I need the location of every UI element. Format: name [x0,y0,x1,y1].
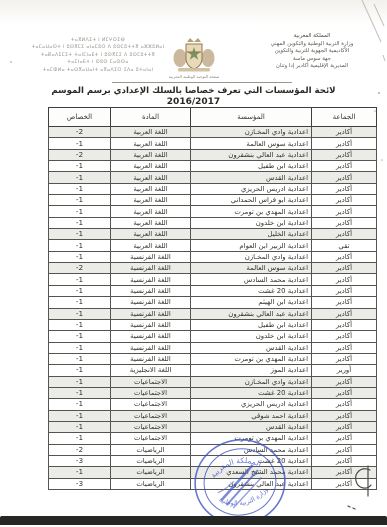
cell-subject: الاجتماعيات [111,433,191,444]
tifinagh-line: ⵜⴰⴽⴰⴷⵉⵎⵉⵜ ⵜⴰⵏⵎⵏⴰⴹⵜ ⵏ ⵓⵙⴳⵎⵉ ⴷ ⵓⵙⵎⵓⵜⵜⴳ [22,52,174,59]
svg-text:المملكة المغربية: المملكة المغربية [206,451,264,481]
cell-deficit: -1 [49,319,111,330]
cell-subject: اللغة الانجليزية [111,365,191,376]
cell-commune: أكادير [312,342,377,353]
cell-deficit: -1 [49,161,111,172]
table-row: أكاديراعدادية ادريس الحريزياللغة العربية… [49,183,377,194]
table-row: أكاديراعدادية 20 غشتالاجتماعيات-1 [49,387,377,398]
cell-deficit: -1 [49,308,111,319]
cell-subject: اللغة الفرنسية [111,285,191,296]
cell-commune: أكادير [312,217,377,228]
column-header-deficit: الخصاص [49,108,111,127]
tifinagh-line: ⵜⴰⵎⴰⵡⴰⵙⵜ ⵏ ⵓⵙⴳⵎⵉ ⴰⵏⴰⵎⵓⵔ ⴷ ⵓⵙⵎⵓⵜⵜⴳ ⴰⵣⵣⵓⵍⴰ… [22,44,174,51]
cell-subject: اللغة العربية [111,195,191,206]
cell-commune: أكادير [312,319,377,330]
cell-subject: اللغة الفرنسية [111,251,191,262]
table-row: أكاديراعدادية وادي المخـازنالاجتماعيات-1 [49,376,377,387]
page-title: لائحة المؤسسات التي تعرف خصاصا بالسلك ال… [0,86,387,96]
cell-commune: أكادير [312,138,377,149]
cell-school: اعدادية 20 غشت [191,285,312,296]
cell-deficit: -2 [49,127,111,138]
cell-commune: أكادير [312,433,377,444]
cell-school: اعدادية ادريس الحريزي [191,399,312,410]
cell-school: اعدادية ابن خلدون [191,217,312,228]
cell-commune: أكادير [312,161,377,172]
cell-school: اعدادية سوس العالمة [191,263,312,274]
column-header-commune: الجماعة [312,108,377,127]
table-row: أكاديراعدادية المهدي بن تومرتاللغة العرب… [49,206,377,217]
cell-subject: الاجتماعيات [111,421,191,432]
cell-commune: أكادير [312,195,377,206]
cell-subject: اللغة العربية [111,206,191,217]
cell-school: اعدادية ادريس الحريزي [191,183,312,194]
cell-school: اعدادية 20 غشت [191,387,312,398]
cell-subject: اللغة العربية [111,240,191,251]
cell-subject: اللغة العربية [111,138,191,149]
table-row: أكاديراعدادية الخليلاللغة العربية-1 [49,229,377,240]
cell-subject: الرياضيات [111,444,191,455]
table-row: أكاديراعدادية المهدي بن تومرتاللغة الفرن… [49,353,377,364]
cell-subject: اللغة العربية [111,183,191,194]
cell-deficit: -1 [49,433,111,444]
cell-school: اعدادية سوس العالمة [191,138,312,149]
cell-school: اعدادية الموز [191,365,312,376]
cell-school: اعدادية محمد السادس [191,274,312,285]
table-row: أكاديراعدادية سوس العالمةاللغة العربية-1 [49,138,377,149]
cell-school: اعدادية المهدي بن تومرت [191,206,312,217]
table-row: أكاديراعدادية ابن خلدوناللغة العربية-1 [49,217,377,228]
cell-commune: أكادير [312,353,377,364]
tifinagh-line: ⵜⴰⵎⵏⴰⴹⵜ ⵏ ⵙⵓⵙ ⵎⴰⵙⵙⴰ [22,59,174,66]
cell-subject: اللغة العربية [111,217,191,228]
table-header-row: الجماعة المؤسسة المادة الخصاص [49,108,377,127]
cell-school: اعدادية عبد العالي بنشقرون [191,149,312,160]
cell-deficit: -1 [49,376,111,387]
cell-deficit: -1 [49,342,111,353]
cell-commune: أكادير [312,206,377,217]
cell-deficit: -1 [49,421,111,432]
cell-commune: أورير [312,365,377,376]
cell-school: اعدادية وادي المخـازن [191,376,312,387]
cell-deficit: -1 [49,195,111,206]
cell-subject: اللغة الفرنسية [111,319,191,330]
cell-school: اعدادية ابن خلدون [191,331,312,342]
cell-subject: اللغة الفرنسية [111,308,191,319]
table-row: أكاديراعدادية محمد السادساللغة الفرنسية-… [49,274,377,285]
cell-subject: اللغة الفرنسية [111,331,191,342]
logo-caption: صفحة التوجيه الوطنية المغربية [140,74,248,79]
cell-school: اعدادية الزبير ابن العوام [191,240,312,251]
cell-deficit: -1 [49,365,111,376]
cell-school: اعدادية وادي المخـازن [191,127,312,138]
cell-commune: أكادير [312,251,377,262]
cell-deficit: -1 [49,138,111,149]
header-tifinagh-block: ⵜⴰⴳⵍⴷⵉⵜ ⵏ ⵍⵎⵖⵔⵉⴱ ⵜⴰⵎⴰⵡⴰⵙⵜ ⵏ ⵓⵙⴳⵎⵉ ⴰⵏⴰⵎⵓⵔ… [22,37,174,74]
cell-deficit: -3 [49,478,111,489]
cell-deficit: -2 [49,149,111,160]
table-row: تقياعدادية الزبير ابن العواماللغة العربي… [49,240,377,251]
official-stamp: المملكة المغربية وزارة التربية الوطنية [188,434,292,527]
table-row: أكاديراعدادية عبد العالي بنشقروناللغة ال… [49,149,377,160]
cell-subject: اللغة الفرنسية [111,263,191,274]
cell-subject: اللغة العربية [111,161,191,172]
cell-school: اعدادية المهدي بن تومرت [191,353,312,364]
table-row: أكاديراعدادية القدساللغة الفرنسية-1 [49,342,377,353]
cell-deficit: -1 [49,331,111,342]
cell-deficit: -1 [49,297,111,308]
signature-mark [340,462,384,514]
cell-subject: اللغة الفرنسية [111,297,191,308]
table-row: أكاديراعدادية القدساللغة العربية-1 [49,172,377,183]
cell-commune: أكادير [312,263,377,274]
cell-subject: اللغة العربية [111,127,191,138]
cell-deficit: -1 [49,387,111,398]
cell-school: اعدادية ابن طفيل [191,319,312,330]
morocco-coat-of-arms-logo [170,36,218,74]
header-ministry-block: المملكة المغربية وزارة التربية الوطنية و… [243,33,381,71]
cell-school: اعدادية الخليل [191,229,312,240]
cell-commune: أكادير [312,387,377,398]
cell-deficit: -1 [49,467,111,478]
table-row: أكاديراعدادية القدسالاجتماعيات-1 [49,421,377,432]
ministry-line: المديرية الإقليمية أكادير إدا وتنان [243,63,381,71]
cell-commune: أكادير [312,149,377,160]
cell-commune: أكادير [312,127,377,138]
cell-subject: اللغة العربية [111,149,191,160]
tifinagh-line: ⵜⴰⵎⵀⵍⴰ ⵜⴰⵙⴳⴰⵡⴰⵏⵜ ⴰⴳⴰⴷⵉⵔ ⵉⴷⴰ ⵓⵜⴰⵏⴰⵏ [22,67,174,74]
cell-school: اعدادية ابن الهيثم [191,297,312,308]
cell-subject: الاجتماعيات [111,410,191,421]
table-row: أكاديراعدادية ابن طفيلاللغة العربية-1 [49,161,377,172]
table-row: أكاديراعدادية ابو فراس الحمدانياللغة الع… [49,195,377,206]
cell-subject: الرياضيات [111,455,191,466]
cell-school: اعدادية احمد شوقي [191,410,312,421]
cell-deficit: -1 [49,274,111,285]
cell-commune: أكادير [312,308,377,319]
cell-commune: أكادير [312,297,377,308]
table-row: أكاديراعدادية وادي المخـازناللغة العربية… [49,127,377,138]
table-row: أكاديراعدادية احمد شوقيالاجتماعيات-1 [49,410,377,421]
cell-subject: اللغة الفرنسية [111,353,191,364]
cell-school: اعدادية القدس [191,172,312,183]
cell-deficit: -2 [49,444,111,455]
cell-commune: أكادير [312,274,377,285]
cell-subject: الاجتماعيات [111,399,191,410]
header-divider [112,82,292,83]
cell-commune: أكادير [312,331,377,342]
cell-school: اعدادية ابو فراس الحمداني [191,195,312,206]
tifinagh-line: ⵜⴰⴳⵍⴷⵉⵜ ⵏ ⵍⵎⵖⵔⵉⴱ [22,37,174,44]
cell-deficit: -1 [49,285,111,296]
cell-deficit: -2 [49,263,111,274]
cell-commune: أكادير [312,376,377,387]
cell-commune: أكادير [312,183,377,194]
table-row: أكاديراعدادية ابن الهيثماللغة الفرنسية-1 [49,297,377,308]
page-title-season: 2016/2017 [0,97,387,107]
table-row: أوريراعدادية الموزاللغة الانجليزية-1 [49,365,377,376]
cell-deficit: -3 [49,455,111,466]
cell-subject: اللغة العربية [111,172,191,183]
cell-commune: تقي [312,240,377,251]
cell-commune: أكادير [312,410,377,421]
cell-subject: الرياضيات [111,478,191,489]
deficit-table: الجماعة المؤسسة المادة الخصاص أكاديراعدا… [48,107,377,490]
table-row: أكاديراعدادية ابن خلدوناللغة الفرنسية-1 [49,331,377,342]
cell-commune: أكادير [312,444,377,455]
cell-deficit: -1 [49,410,111,421]
cell-commune: أكادير [312,229,377,240]
cell-commune: أكادير [312,285,377,296]
ministry-line: الأكاديمية الجهوية للتربية والتكوين [243,48,381,56]
table-row: أكاديراعدادية 20 غشتاللغة الفرنسية-1 [49,285,377,296]
cell-school: اعدادية وادي المخـازن [191,251,312,262]
table-row: أكاديراعدادية عبد العالي بنشقروناللغة ال… [49,308,377,319]
cell-subject: الاجتماعيات [111,387,191,398]
column-header-subject: المادة [111,108,191,127]
cell-deficit: -1 [49,172,111,183]
cell-subject: اللغة العربية [111,229,191,240]
cell-commune: أكادير [312,421,377,432]
cell-school: اعدادية القدس [191,421,312,432]
cell-deficit: -1 [49,353,111,364]
cell-deficit: -1 [49,206,111,217]
cell-deficit: -1 [49,251,111,262]
cell-subject: الاجتماعيات [111,376,191,387]
table-row: أكاديراعدادية ابن طفيلاللغة الفرنسية-1 [49,319,377,330]
table-row: أكاديراعدادية ادريس الحريزيالاجتماعيات-1 [49,399,377,410]
stamp-top-text: المملكة المغربية [206,451,264,481]
cell-school: اعدادية القدس [191,342,312,353]
cell-commune: أكادير [312,399,377,410]
cell-school: اعدادية عبد العالي بنشقرون [191,308,312,319]
table-row: أكاديراعدادية وادي المخـازناللغة الفرنسي… [49,251,377,262]
table-row: أكاديراعدادية سوس العالمةاللغة الفرنسية-… [49,263,377,274]
deficit-table-wrap: الجماعة المؤسسة المادة الخصاص أكاديراعدا… [48,107,376,490]
cell-deficit: -1 [49,217,111,228]
cell-deficit: -1 [49,183,111,194]
cell-deficit: -1 [49,240,111,251]
scan-edge-band [0,516,387,525]
ministry-line: المملكة المغربية [243,33,381,41]
cell-subject: اللغة الفرنسية [111,342,191,353]
scanned-document-page: ⵜⴰⴳⵍⴷⵉⵜ ⵏ ⵍⵎⵖⵔⵉⴱ ⵜⴰⵎⴰⵡⴰⵙⵜ ⵏ ⵓⵙⴳⵎⵉ ⴰⵏⴰⵎⵓⵔ… [0,0,387,527]
cell-subject: الرياضيات [111,467,191,478]
cell-school: اعدادية ابن طفيل [191,161,312,172]
cell-commune: أكادير [312,172,377,183]
cell-subject: اللغة الفرنسية [111,274,191,285]
cell-deficit: -1 [49,399,111,410]
cell-deficit: -1 [49,229,111,240]
column-header-school: المؤسسة [191,108,312,127]
